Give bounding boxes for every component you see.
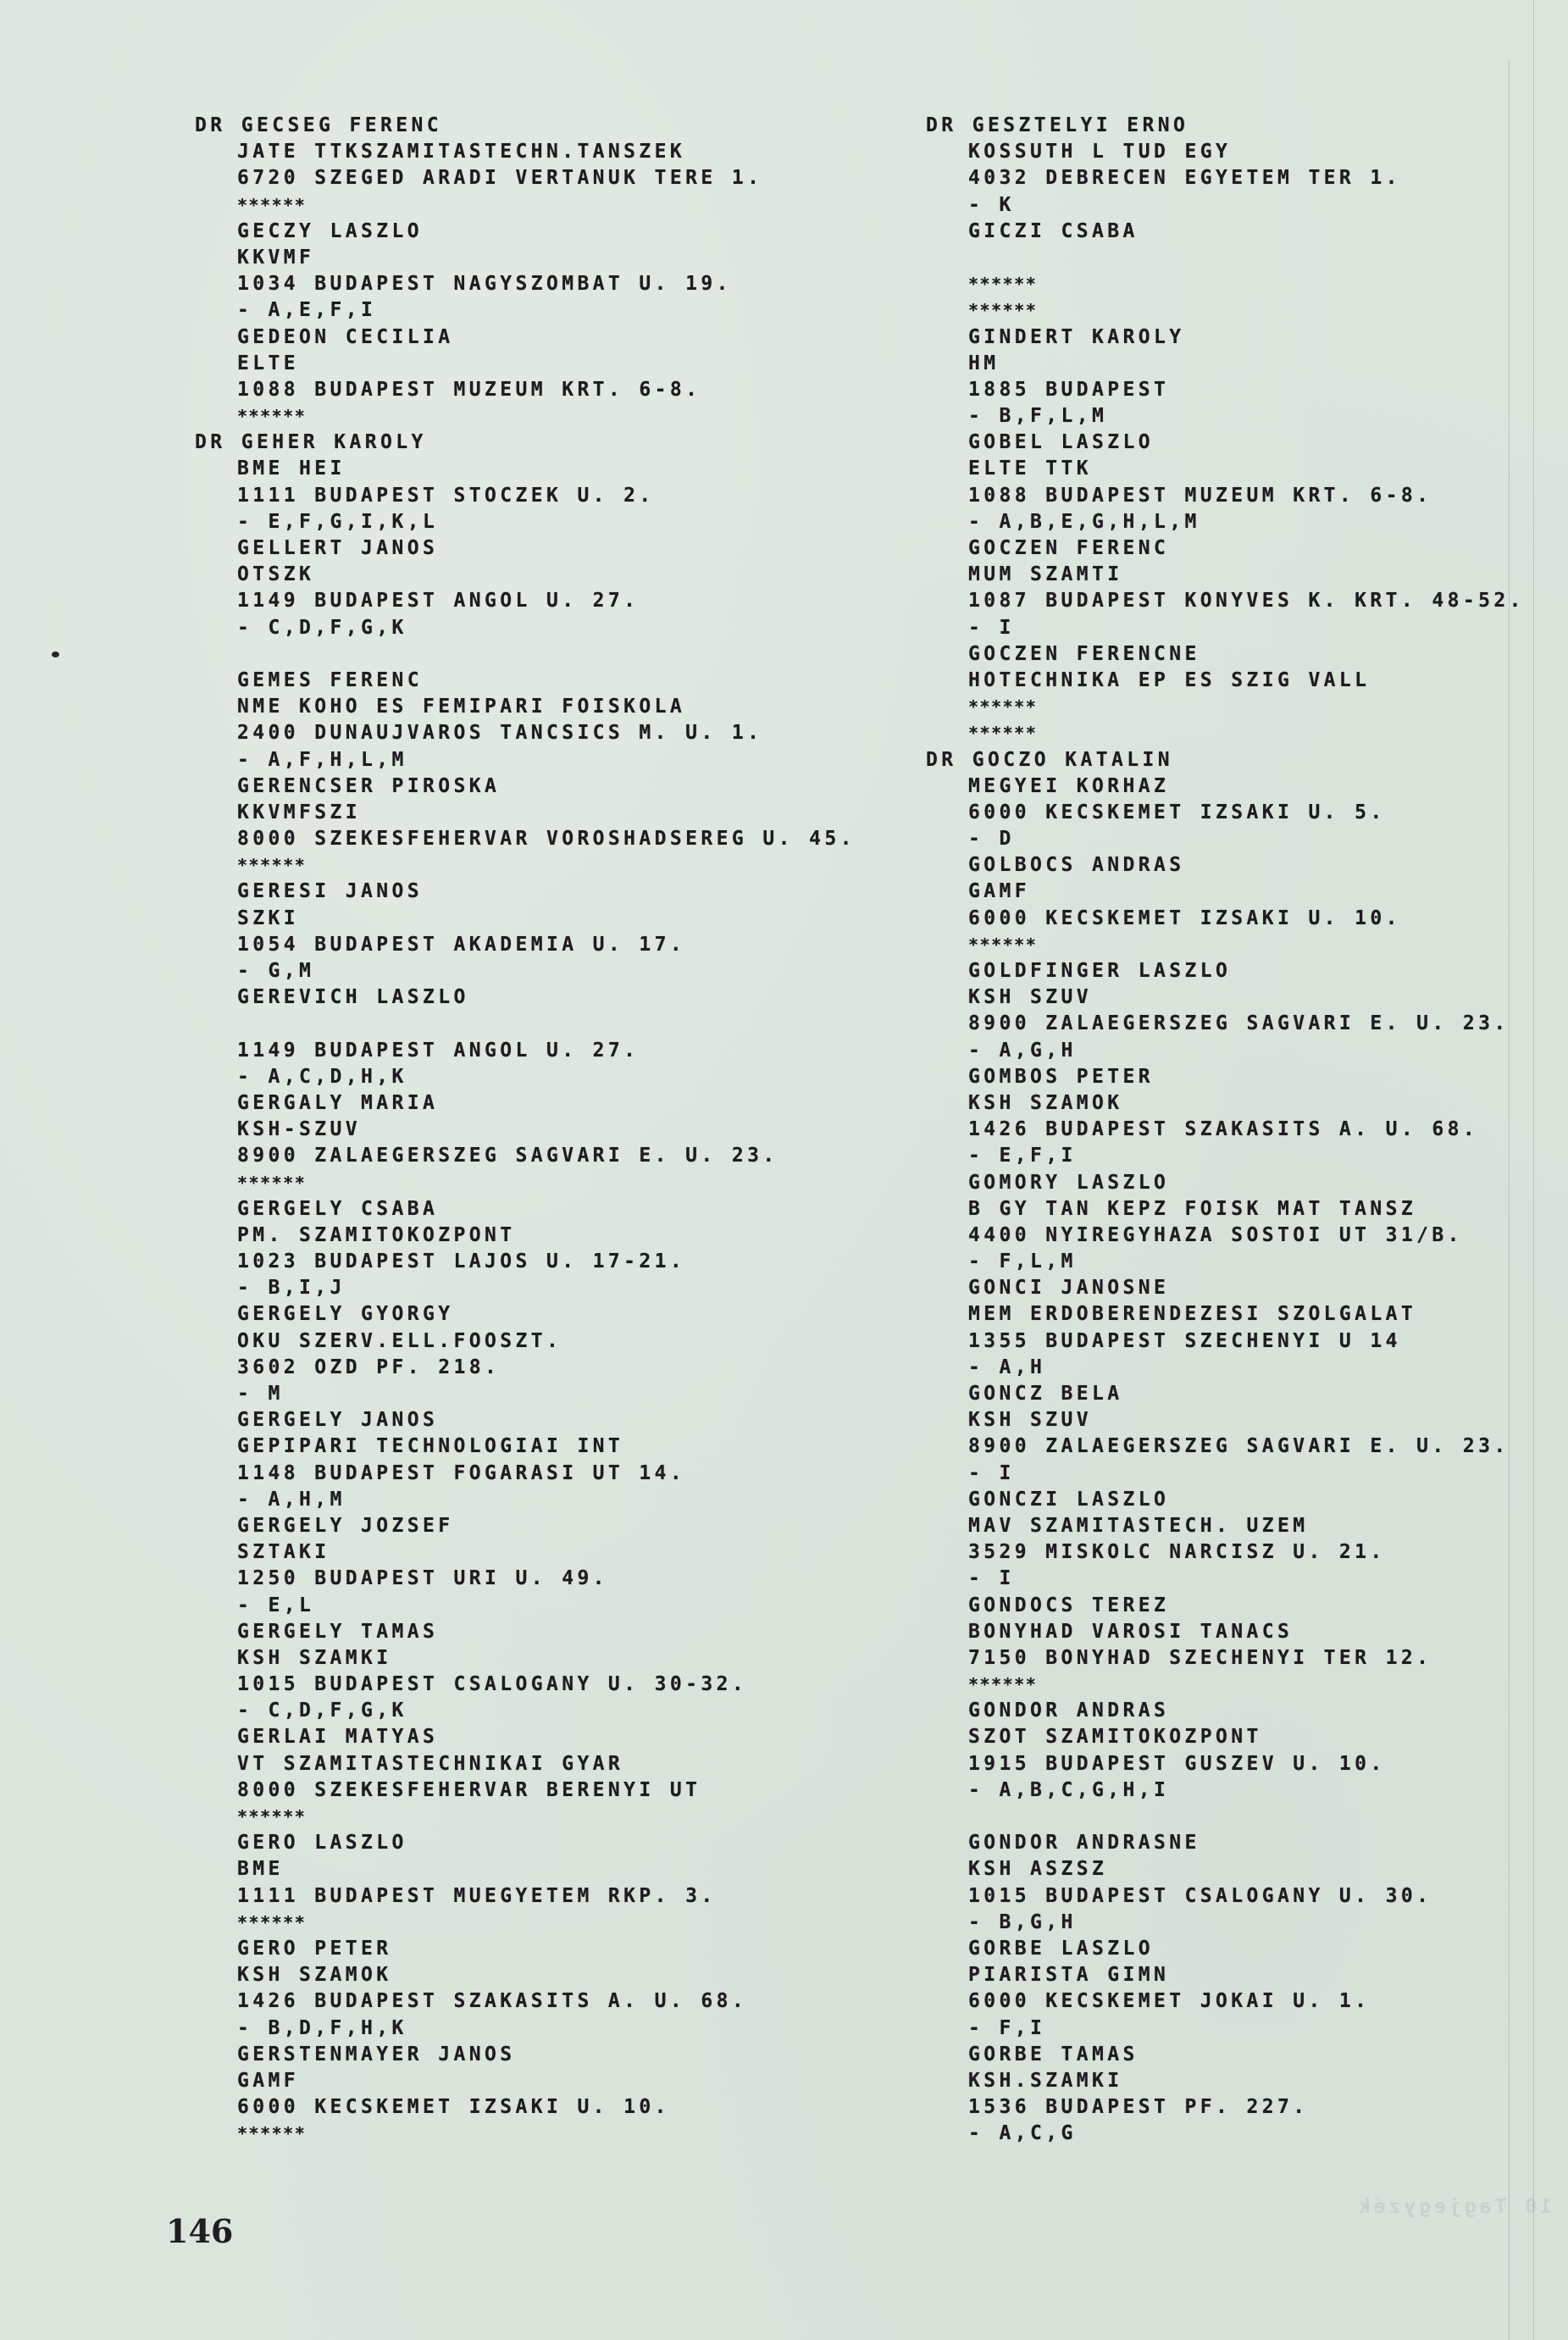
entry-separator: ****** bbox=[926, 271, 1525, 297]
entry-line: 1015 BUDAPEST CSALOGANY U. 30. bbox=[926, 1883, 1525, 1910]
entry-line: 8000 SZEKESFEHERVAR BERENYI UT bbox=[195, 1777, 856, 1804]
entry-line: 2400 DUNAUJVAROS TANCSICS M. U. 1. bbox=[195, 720, 856, 746]
entry-line: - D bbox=[926, 826, 1525, 852]
title-prefix: DR bbox=[195, 431, 226, 453]
entry-line: 1149 BUDAPEST ANGOL U. 27. bbox=[195, 588, 856, 614]
entry-line: GECZY LASZLO bbox=[195, 219, 856, 245]
entry-line: 8900 ZALAEGERSZEG SAGVARI E. U. 23. bbox=[195, 1143, 856, 1169]
entry-separator: ****** bbox=[195, 403, 856, 430]
entry-separator: ****** bbox=[195, 1804, 856, 1830]
entry-line: GONCZI LASZLO bbox=[926, 1487, 1525, 1513]
entry-line: - B,F,L,M bbox=[926, 403, 1525, 430]
entry-line: - B,G,H bbox=[926, 1910, 1525, 1936]
entry-line: GEDEON CECILIA bbox=[195, 324, 856, 351]
page-edge-line bbox=[1533, 0, 1534, 2340]
entry-line: - E,F,G,I,K,L bbox=[195, 509, 856, 535]
entry-line: MEM ERDOBERENDEZESI SZOLGALAT bbox=[926, 1301, 1525, 1328]
entry-line: - F,L,M bbox=[926, 1249, 1525, 1275]
entry-line: 1885 BUDAPEST bbox=[926, 377, 1525, 403]
entry-line: GERGELY GYORGY bbox=[195, 1301, 856, 1328]
entry-line: 1149 BUDAPEST ANGOL U. 27. bbox=[195, 1038, 856, 1064]
entry-line: 8900 ZALAEGERSZEG SAGVARI E. U. 23. bbox=[926, 1433, 1525, 1460]
entry-line: - I bbox=[926, 1566, 1525, 1592]
entry-line: KKVMFSZI bbox=[195, 800, 856, 826]
entry-line: - E,L bbox=[195, 1593, 856, 1619]
entry-line: 1034 BUDAPEST NAGYSZOMBAT U. 19. bbox=[195, 271, 856, 297]
entry-line: GONDOR ANDRAS bbox=[926, 1698, 1525, 1724]
title-prefix: DR bbox=[195, 114, 226, 136]
entry-line: JATE TTKSZAMITASTECHN.TANSZEK bbox=[195, 139, 856, 165]
entry-line: 1087 BUDAPEST KONYVES K. KRT. 48-52. bbox=[926, 588, 1525, 614]
entry-line: 6000 KECSKEMET IZSAKI U. 5. bbox=[926, 800, 1525, 826]
entry-line: 1023 BUDAPEST LAJOS U. 17-21. bbox=[195, 1249, 856, 1275]
entry-name-with-title: DR GECSEG FERENC bbox=[195, 113, 856, 139]
entry-line: - M bbox=[195, 1381, 856, 1407]
entry-line: SZOT SZAMITOKOZPONT bbox=[926, 1724, 1525, 1750]
entry-line: - B,D,F,H,K bbox=[195, 2016, 856, 2042]
entry-line: KKVMF bbox=[195, 245, 856, 271]
entry-separator: ****** bbox=[195, 1170, 856, 1196]
entry-line: 1015 BUDAPEST CSALOGANY U. 30-32. bbox=[195, 1672, 856, 1698]
entry-line: GERLAI MATYAS bbox=[195, 1724, 856, 1750]
entry-separator: ****** bbox=[926, 720, 1525, 746]
entry-line: 6000 KECSKEMET JOKAI U. 1. bbox=[926, 1988, 1525, 2015]
entry-line: GOMORY LASZLO bbox=[926, 1170, 1525, 1196]
entry-line: BONYHAD VAROSI TANACS bbox=[926, 1619, 1525, 1645]
entry-line: 3529 MISKOLC NARCISZ U. 21. bbox=[926, 1539, 1525, 1566]
ink-speck bbox=[52, 652, 59, 657]
entry-line: GAMF bbox=[926, 879, 1525, 905]
title-prefix: DR bbox=[926, 749, 957, 771]
entry-line: PIARISTA GIMN bbox=[926, 1962, 1525, 1988]
entry-line: 1426 BUDAPEST SZAKASITS A. U. 68. bbox=[195, 1988, 856, 2015]
entry-line: MAV SZAMITASTECH. UZEM bbox=[926, 1513, 1525, 1539]
entry-line: GORBE LASZLO bbox=[926, 1936, 1525, 1962]
entry-line: GOCZEN FERENC bbox=[926, 535, 1525, 562]
entry-line: KSH SZAMKI bbox=[195, 1645, 856, 1672]
entry-line: 6000 KECSKEMET IZSAKI U. 10. bbox=[195, 2094, 856, 2121]
entry-line: GONCZ BELA bbox=[926, 1381, 1525, 1407]
entry-line: GERESI JANOS bbox=[195, 879, 856, 905]
entry-line: - F,I bbox=[926, 2016, 1525, 2042]
blank-line bbox=[195, 641, 856, 668]
entry-line: - A,H,M bbox=[195, 1487, 856, 1513]
entry-line: - A,C,D,H,K bbox=[195, 1064, 856, 1090]
entry-separator: ****** bbox=[195, 2121, 856, 2147]
directory-column-left: DR GECSEG FERENCJATE TTKSZAMITASTECHN.TA… bbox=[195, 113, 856, 2147]
entry-line: - A,B,E,G,H,L,M bbox=[926, 509, 1525, 535]
entry-line: GAMF bbox=[195, 2068, 856, 2094]
entry-line: GICZI CSABA bbox=[926, 219, 1525, 245]
entry-name: GECSEG FERENC bbox=[241, 114, 442, 136]
entry-line: ELTE TTK bbox=[926, 456, 1525, 482]
entry-separator: ****** bbox=[926, 297, 1525, 324]
entry-line: 1426 BUDAPEST SZAKASITS A. U. 68. bbox=[926, 1117, 1525, 1143]
entry-line: - I bbox=[926, 615, 1525, 641]
entry-line: - A,H bbox=[926, 1355, 1525, 1381]
entry-line: 6720 SZEGED ARADI VERTANUK TERE 1. bbox=[195, 165, 856, 191]
entry-separator: ****** bbox=[926, 1672, 1525, 1698]
entry-line: GOCZEN FERENCNE bbox=[926, 641, 1525, 668]
entry-line: 1536 BUDAPEST PF. 227. bbox=[926, 2094, 1525, 2121]
entry-line: GELLERT JANOS bbox=[195, 535, 856, 562]
entry-line: BME HEI bbox=[195, 456, 856, 482]
entry-line: - I bbox=[926, 1461, 1525, 1487]
entry-line: SZTAKI bbox=[195, 1539, 856, 1566]
entry-line: KOSSUTH L TUD EGY bbox=[926, 139, 1525, 165]
entry-line: SZKI bbox=[195, 906, 856, 932]
blank-line bbox=[926, 1804, 1525, 1830]
entry-line: BME bbox=[195, 1856, 856, 1883]
entry-line: GINDERT KAROLY bbox=[926, 324, 1525, 351]
entry-line: GERENCSER PIROSKA bbox=[195, 774, 856, 800]
entry-name: GEHER KAROLY bbox=[241, 431, 427, 453]
entry-line: KSH SZUV bbox=[926, 1407, 1525, 1433]
entry-line: - A,F,H,L,M bbox=[195, 747, 856, 774]
entry-line: - A,E,F,I bbox=[195, 297, 856, 324]
entry-line: GERGELY JANOS bbox=[195, 1407, 856, 1433]
entry-separator: ****** bbox=[195, 852, 856, 879]
entry-line: 1054 BUDAPEST AKADEMIA U. 17. bbox=[195, 932, 856, 958]
entry-line: - K bbox=[926, 192, 1525, 219]
bleed-through-text: 10 Tagjegyzék bbox=[1355, 2194, 1552, 2221]
page-number: 146 bbox=[166, 2212, 233, 2250]
entry-line: GERSTENMAYER JANOS bbox=[195, 2042, 856, 2068]
entry-line: GOMBOS PETER bbox=[926, 1064, 1525, 1090]
entry-line: - A,G,H bbox=[926, 1038, 1525, 1064]
blank-line bbox=[195, 1011, 856, 1037]
entry-line: 8900 ZALAEGERSZEG SAGVARI E. U. 23. bbox=[926, 1011, 1525, 1037]
entry-line: 1111 BUDAPEST STOCZEK U. 2. bbox=[195, 483, 856, 509]
entry-line: GERGELY CSABA bbox=[195, 1196, 856, 1223]
entry-line: 1088 BUDAPEST MUZEUM KRT. 6-8. bbox=[195, 377, 856, 403]
entry-line: KSH SZAMOK bbox=[926, 1090, 1525, 1117]
entry-line: 1355 BUDAPEST SZECHENYI U 14 bbox=[926, 1328, 1525, 1355]
entry-line: GOLDFINGER LASZLO bbox=[926, 958, 1525, 984]
entry-line: 1148 BUDAPEST FOGARASI UT 14. bbox=[195, 1461, 856, 1487]
entry-line: - E,F,I bbox=[926, 1143, 1525, 1169]
entry-line: KSH.SZAMKI bbox=[926, 2068, 1525, 2094]
entry-line: 6000 KECSKEMET IZSAKI U. 10. bbox=[926, 906, 1525, 932]
entry-line: - C,D,F,G,K bbox=[195, 615, 856, 641]
entry-line: - C,D,F,G,K bbox=[195, 1698, 856, 1724]
entry-line: 7150 BONYHAD SZECHENYI TER 12. bbox=[926, 1645, 1525, 1672]
entry-name-with-title: DR GEHER KAROLY bbox=[195, 430, 856, 456]
entry-separator: ****** bbox=[926, 694, 1525, 720]
entry-line: OTSZK bbox=[195, 562, 856, 588]
entry-line: B GY TAN KEPZ FOISK MAT TANSZ bbox=[926, 1196, 1525, 1223]
entry-line: 8000 SZEKESFEHERVAR VOROSHADSEREG U. 45. bbox=[195, 826, 856, 852]
entry-line: MEGYEI KORHAZ bbox=[926, 774, 1525, 800]
entry-line: 1915 BUDAPEST GUSZEV U. 10. bbox=[926, 1751, 1525, 1777]
entry-line: ELTE bbox=[195, 351, 856, 377]
entry-line: GONCI JANOSNE bbox=[926, 1275, 1525, 1301]
entry-line: GERO PETER bbox=[195, 1936, 856, 1962]
entry-line: KSH SZUV bbox=[926, 984, 1525, 1011]
entry-line: 4032 DEBRECEN EGYETEM TER 1. bbox=[926, 165, 1525, 191]
entry-line: NME KOHO ES FEMIPARI FOISKOLA bbox=[195, 694, 856, 720]
entry-line: GEMES FERENC bbox=[195, 668, 856, 694]
entry-line: KSH SZAMOK bbox=[195, 1962, 856, 1988]
entry-line: GONDOR ANDRASNE bbox=[926, 1830, 1525, 1856]
entry-name-with-title: DR GESZTELYI ERNO bbox=[926, 113, 1525, 139]
entry-line: 1250 BUDAPEST URI U. 49. bbox=[195, 1566, 856, 1592]
entry-line: 1111 BUDAPEST MUEGYETEM RKP. 3. bbox=[195, 1883, 856, 1910]
entry-line: KSH-SZUV bbox=[195, 1117, 856, 1143]
entry-line: GERGELY TAMAS bbox=[195, 1619, 856, 1645]
entry-separator: ****** bbox=[195, 1910, 856, 1936]
entry-line: OKU SZERV.ELL.FOOSZT. bbox=[195, 1328, 856, 1355]
entry-line: MUM SZAMTI bbox=[926, 562, 1525, 588]
entry-line: GERGELY JOZSEF bbox=[195, 1513, 856, 1539]
entry-line: GEREVICH LASZLO bbox=[195, 984, 856, 1011]
entry-line: GOBEL LASZLO bbox=[926, 430, 1525, 456]
entry-line: GEPIPARI TECHNOLOGIAI INT bbox=[195, 1433, 856, 1460]
entry-line: KSH ASZSZ bbox=[926, 1856, 1525, 1883]
entry-line: GOLBOCS ANDRAS bbox=[926, 852, 1525, 879]
entry-name-with-title: DR GOCZO KATALIN bbox=[926, 747, 1525, 774]
blank-line bbox=[926, 245, 1525, 271]
directory-column-right: DR GESZTELYI ERNOKOSSUTH L TUD EGY4032 D… bbox=[926, 113, 1525, 2147]
entry-name: GOCZO KATALIN bbox=[972, 749, 1173, 771]
entry-line: 4400 NYIREGYHAZA SOSTOI UT 31/B. bbox=[926, 1223, 1525, 1249]
entry-line: GERO LASZLO bbox=[195, 1830, 856, 1856]
entry-line: GORBE TAMAS bbox=[926, 2042, 1525, 2068]
entry-line: HM bbox=[926, 351, 1525, 377]
entry-line: VT SZAMITASTECHNIKAI GYAR bbox=[195, 1751, 856, 1777]
entry-line: GONDOCS TEREZ bbox=[926, 1593, 1525, 1619]
entry-line: 3602 OZD PF. 218. bbox=[195, 1355, 856, 1381]
entry-line: - A,B,C,G,H,I bbox=[926, 1777, 1525, 1804]
entry-line: PM. SZAMITOKOZPONT bbox=[195, 1223, 856, 1249]
entry-line: HOTECHNIKA EP ES SZIG VALL bbox=[926, 668, 1525, 694]
entry-line: - B,I,J bbox=[195, 1275, 856, 1301]
entry-line: 1088 BUDAPEST MUZEUM KRT. 6-8. bbox=[926, 483, 1525, 509]
entry-separator: ****** bbox=[926, 932, 1525, 958]
entry-separator: ****** bbox=[195, 192, 856, 219]
entry-line: - G,M bbox=[195, 958, 856, 984]
entry-line: - A,C,G bbox=[926, 2121, 1525, 2147]
title-prefix: DR bbox=[926, 114, 957, 136]
entry-line: GERGALY MARIA bbox=[195, 1090, 856, 1117]
entry-name: GESZTELYI ERNO bbox=[972, 114, 1188, 136]
